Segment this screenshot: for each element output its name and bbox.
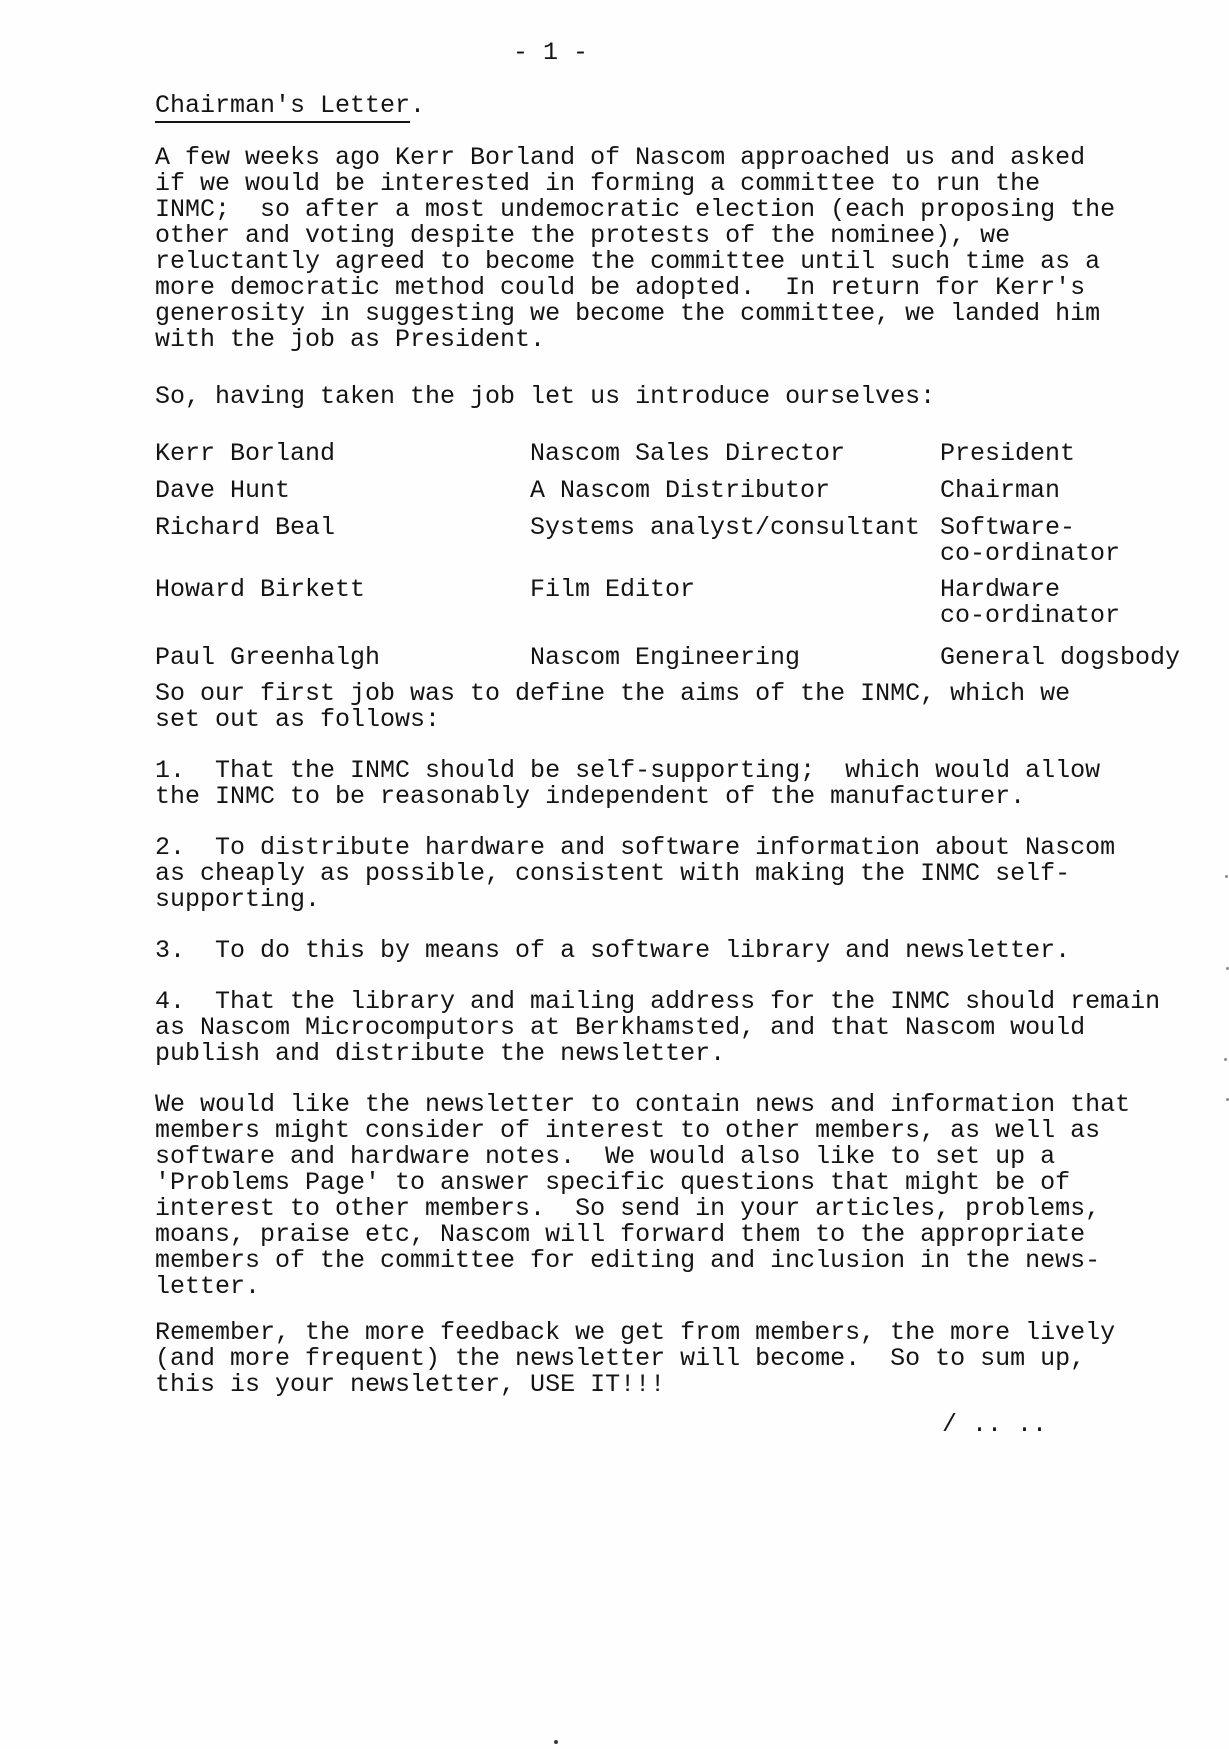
member-name: Kerr Borland xyxy=(155,441,530,467)
committee-row-dave-hunt: Dave Hunt A Nascom Distributor Chairman xyxy=(155,478,1215,504)
letter-heading-period: . xyxy=(410,91,425,120)
page-content: - 1 - Chairman's Letter. A few weeks ago… xyxy=(155,40,1215,1398)
member-name: Richard Beal xyxy=(155,515,530,541)
member-occupation: Film Editor xyxy=(530,577,940,603)
member-name: Paul Greenhalgh xyxy=(155,645,530,671)
aim-item-2: 2. To distribute hardware and software i… xyxy=(155,835,1215,913)
committee-row-richard-beal: Richard Beal Systems analyst/consultant … xyxy=(155,515,1215,567)
scanned-letter-page: - 1 - Chairman's Letter. A few weeks ago… xyxy=(0,0,1229,1749)
member-role: General dogsbody xyxy=(940,645,1215,671)
member-occupation: Nascom Engineering xyxy=(530,645,940,671)
member-occupation: Nascom Sales Director xyxy=(530,441,940,467)
scan-artifact-dot xyxy=(1224,1058,1227,1061)
page-number: - 1 - xyxy=(513,40,1215,66)
member-role: President xyxy=(940,441,1215,467)
feedback-paragraph: Remember, the more feedback we get from … xyxy=(155,1320,1215,1398)
member-role: Software- co-ordinator xyxy=(940,515,1215,567)
member-occupation: A Nascom Distributor xyxy=(530,478,940,504)
intro-paragraph-2: So, having taken the job let us introduc… xyxy=(155,384,1215,410)
aim-item-1: 1. That the INMC should be self-supporti… xyxy=(155,758,1215,810)
committee-row-kerr-borland: Kerr Borland Nascom Sales Director Presi… xyxy=(155,441,1215,467)
aims-intro-paragraph: So our first job was to define the aims … xyxy=(155,681,1215,733)
member-name: Howard Birkett xyxy=(155,577,530,603)
member-occupation: Systems analyst/consultant xyxy=(530,515,940,541)
continuation-mark: / .. .. xyxy=(942,1412,1047,1438)
scan-artifact-dot xyxy=(1225,875,1228,878)
scan-artifact-dot xyxy=(554,1740,558,1744)
member-role: Chairman xyxy=(940,478,1215,504)
intro-paragraph-1: A few weeks ago Kerr Borland of Nascom a… xyxy=(155,145,1215,353)
committee-table: Kerr Borland Nascom Sales Director Presi… xyxy=(155,441,1215,671)
member-name: Dave Hunt xyxy=(155,478,530,504)
letter-heading-text: Chairman's Letter xyxy=(155,91,410,123)
aim-item-3: 3. To do this by means of a software lib… xyxy=(155,938,1215,964)
committee-row-paul-greenhalgh: Paul Greenhalgh Nascom Engineering Gener… xyxy=(155,645,1215,671)
letter-heading: Chairman's Letter. xyxy=(155,93,1215,119)
newsletter-content-paragraph: We would like the newsletter to contain … xyxy=(155,1092,1215,1300)
member-role: Hardware co-ordinator xyxy=(940,577,1215,629)
aim-item-4: 4. That the library and mailing address … xyxy=(155,989,1215,1067)
committee-row-howard-birkett: Howard Birkett Film Editor Hardware co-o… xyxy=(155,577,1215,629)
